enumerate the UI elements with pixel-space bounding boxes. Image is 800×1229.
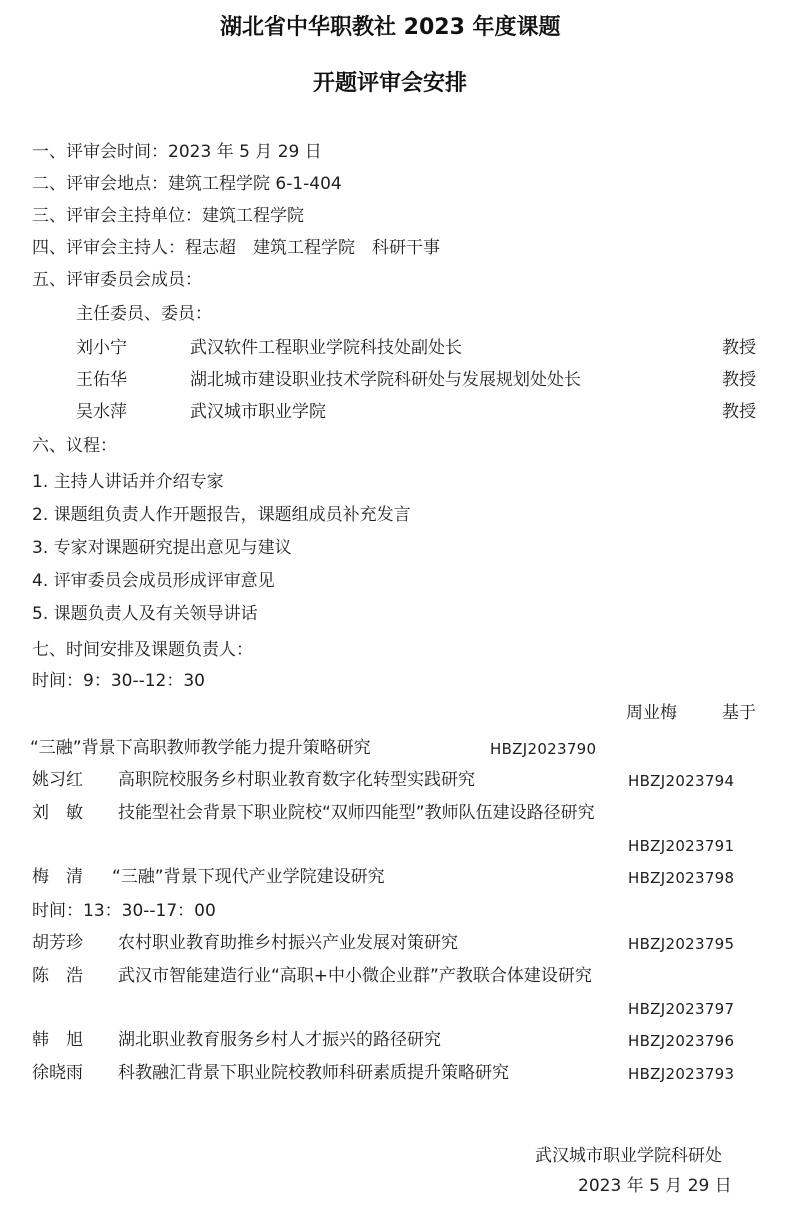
- issuer-signature: 武汉城市职业学院科研处: [535, 1146, 722, 1166]
- leader-name: 韩 旭: [32, 1030, 83, 1050]
- leader-name: 陈 浩: [32, 966, 83, 986]
- leader-name: 周业梅: [626, 703, 677, 723]
- topic-title: 武汉市智能建造行业“高职+中小微企业群”产教联合体建设研究: [118, 966, 592, 986]
- document-title: 湖北省中华职教社 2023 年度课题: [220, 10, 561, 41]
- document-subtitle: 开题评审会安排: [313, 66, 467, 97]
- topic-title: 高职院校服务乡村职业教育数字化转型实践研究: [118, 770, 475, 790]
- host-unit: 三、评审会主持单位：建筑工程学院: [32, 206, 304, 226]
- topic-title: 湖北职业教育服务乡村人才振兴的路径研究: [118, 1030, 441, 1050]
- morning-session-time: 时间：9：30--12：30: [32, 671, 205, 691]
- agenda-item: 4. 评审委员会成员形成评审意见: [32, 571, 275, 591]
- committee-title: 教授: [722, 402, 756, 422]
- issue-date: 2023 年 5 月 29 日: [578, 1176, 732, 1196]
- agenda-item: 5. 课题负责人及有关领导讲话: [32, 604, 258, 624]
- topic-title: “三融”背景下现代产业学院建设研究: [112, 867, 385, 887]
- committee-name: 刘小宁: [76, 338, 127, 358]
- topic-prefix: 基于: [722, 703, 756, 723]
- committee-affiliation: 武汉软件工程职业学院科技处副处长: [190, 338, 462, 358]
- project-code: HBZJ2023797: [628, 1000, 734, 1018]
- project-code: HBZJ2023794: [628, 772, 734, 790]
- meeting-time: 一、评审会时间：2023 年 5 月 29 日: [32, 142, 322, 162]
- committee-affiliation: 武汉城市职业学院: [190, 402, 326, 422]
- committee-affiliation: 湖北城市建设职业技术学院科研处与发展规划处处长: [190, 370, 581, 390]
- leader-name: 刘 敏: [32, 803, 83, 823]
- project-code: HBZJ2023791: [628, 837, 734, 855]
- agenda-heading: 六、议程：: [32, 436, 117, 456]
- project-code: HBZJ2023795: [628, 935, 734, 953]
- project-code: HBZJ2023798: [628, 869, 734, 887]
- topic-title: “三融”背景下高职教师教学能力提升策略研究: [30, 738, 371, 758]
- committee-heading: 五、评审委员会成员：: [32, 270, 202, 290]
- afternoon-session-time: 时间：13：30--17：00: [32, 901, 216, 921]
- committee-name: 王佑华: [76, 370, 127, 390]
- meeting-location: 二、评审会地点：建筑工程学院 6-1-404: [32, 174, 342, 194]
- topic-title: 科教融汇背景下职业院校教师科研素质提升策略研究: [118, 1063, 509, 1083]
- leader-name: 胡芳珍: [32, 933, 83, 953]
- agenda-item: 3. 专家对课题研究提出意见与建议: [32, 538, 292, 558]
- committee-name: 吴水萍: [76, 402, 127, 422]
- project-code: HBZJ2023790: [490, 740, 596, 758]
- schedule-heading: 七、时间安排及课题负责人：: [32, 640, 253, 660]
- project-code: HBZJ2023793: [628, 1065, 734, 1083]
- topic-title: 技能型社会背景下职业院校“双师四能型”教师队伍建设路径研究: [118, 803, 595, 823]
- host-person: 四、评审会主持人：程志超 建筑工程学院 科研干事: [32, 238, 440, 258]
- project-code: HBZJ2023796: [628, 1032, 734, 1050]
- topic-title: 农村职业教育助推乡村振兴产业发展对策研究: [118, 933, 458, 953]
- agenda-item: 1. 主持人讲话并介绍专家: [32, 472, 224, 492]
- leader-name: 梅 清: [32, 867, 83, 887]
- leader-name: 姚习红: [32, 770, 83, 790]
- committee-title: 教授: [722, 338, 756, 358]
- committee-title: 教授: [722, 370, 756, 390]
- agenda-item: 2. 课题组负责人作开题报告，课题组成员补充发言: [32, 505, 411, 525]
- leader-name: 徐晓雨: [32, 1063, 83, 1083]
- committee-subheading: 主任委员、委员：: [76, 304, 212, 324]
